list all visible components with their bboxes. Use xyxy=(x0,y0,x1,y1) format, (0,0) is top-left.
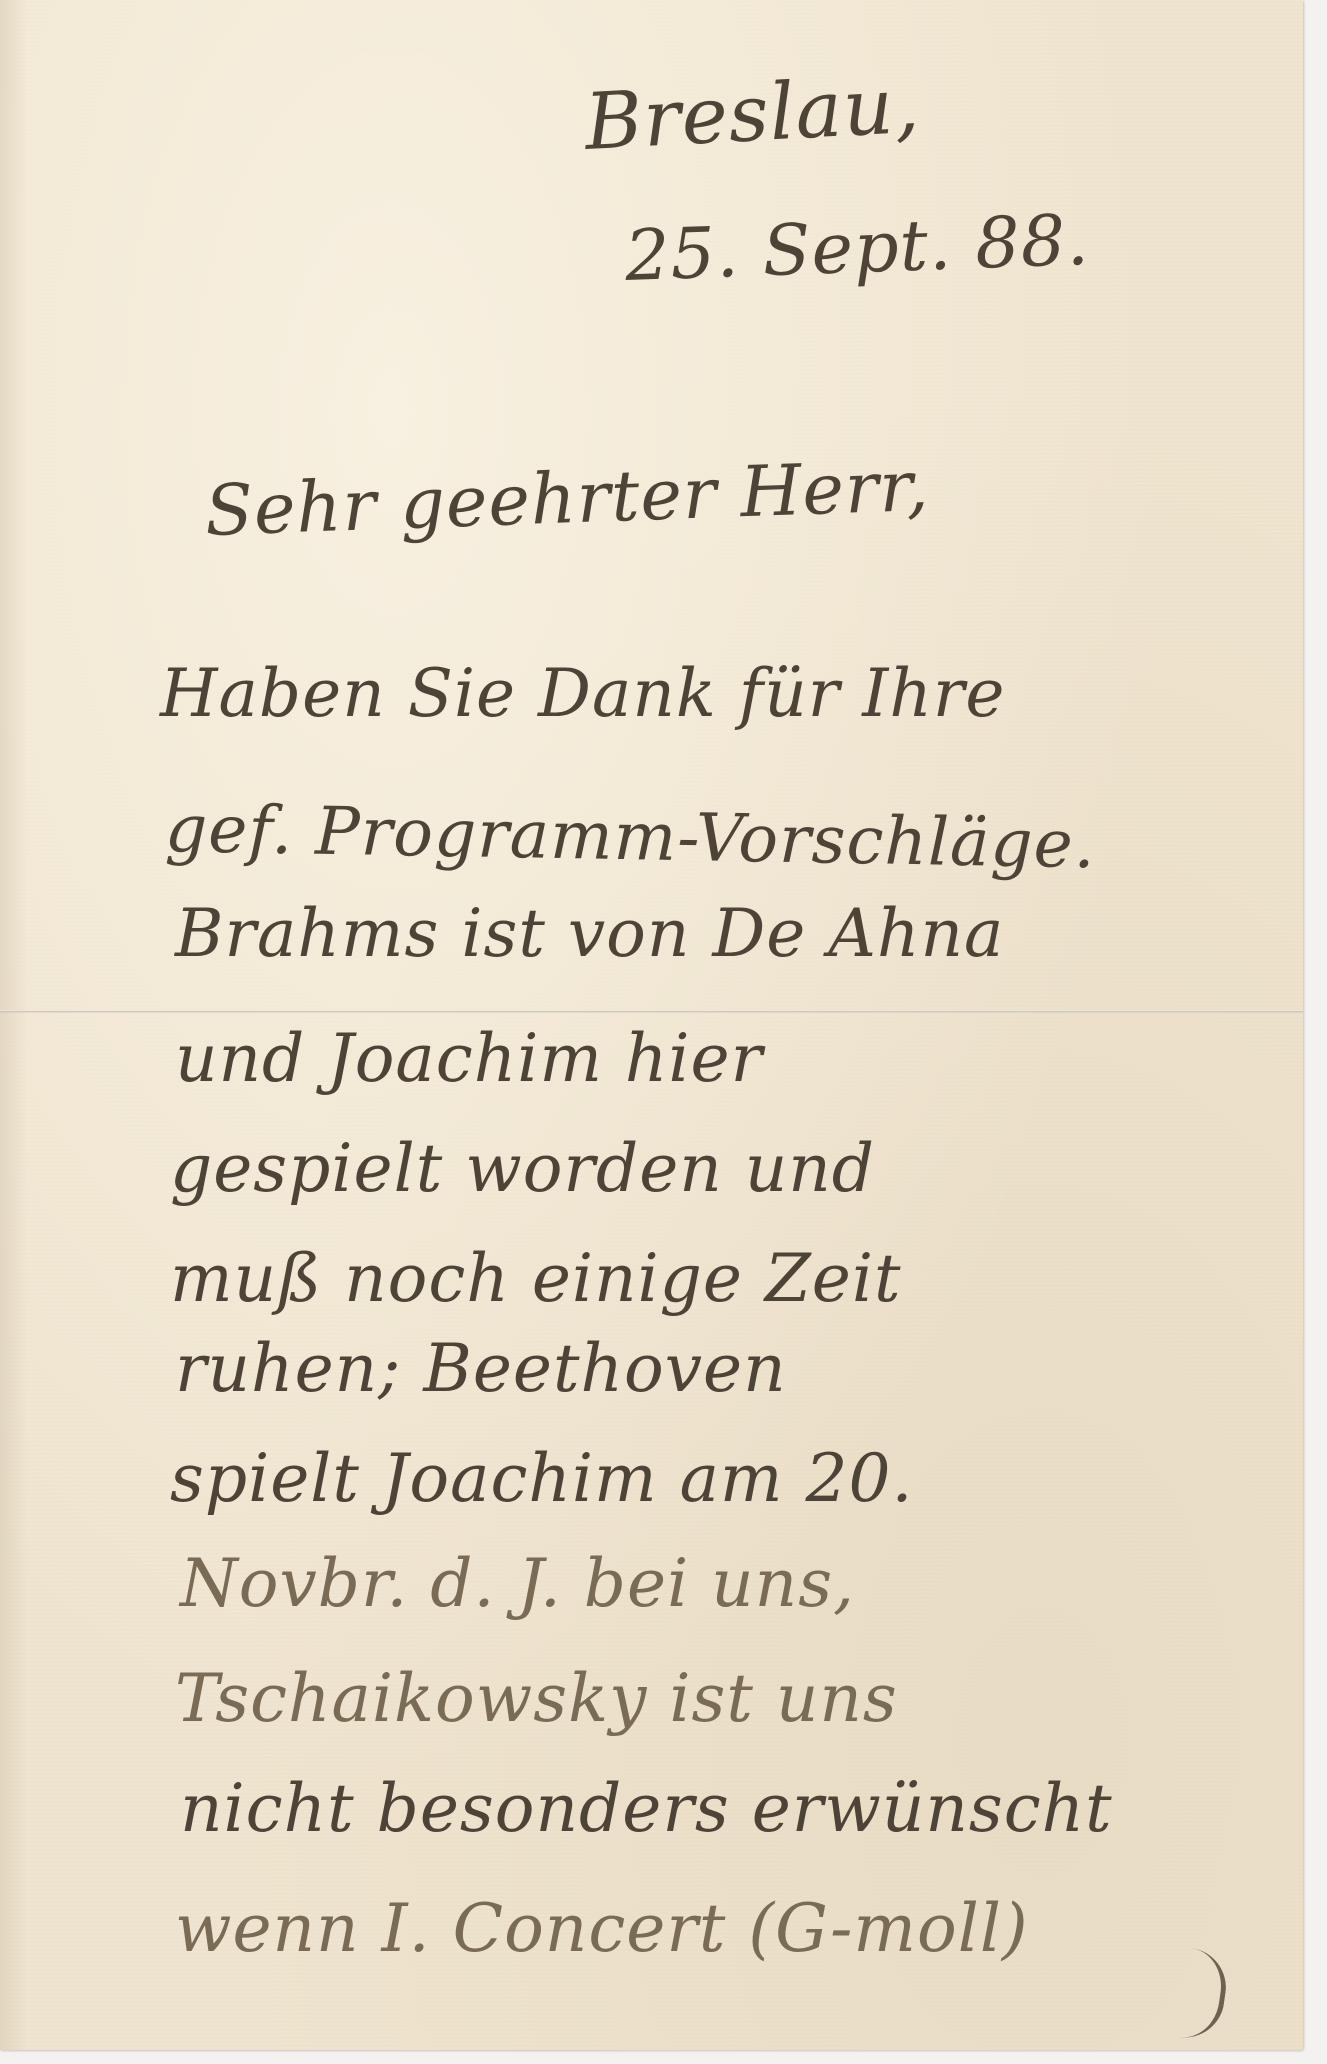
letter-page: Breslau, 25. Sept. 88. Sehr geehrter Her… xyxy=(0,0,1303,2050)
body-line: Novbr. d. J. bei uns, xyxy=(180,1545,855,1622)
body-line: ruhen; Beethoven xyxy=(175,1330,787,1407)
paper-fold-line xyxy=(0,1010,1303,1013)
body-line: spielt Joachim am 20. xyxy=(170,1440,913,1517)
body-line: und Joachim hier xyxy=(175,1020,763,1097)
letter-salutation: Sehr geehrter Herr, xyxy=(204,445,931,552)
body-line: gespielt worden und xyxy=(170,1130,875,1207)
body-line: nicht besonders erwünscht xyxy=(180,1770,1113,1847)
body-line: Tschaikowsky ist uns xyxy=(175,1660,898,1737)
body-line: muß noch einige Zeit xyxy=(170,1240,901,1317)
letter-date: 25. Sept. 88. xyxy=(624,199,1091,297)
letter-place: Breslau, xyxy=(583,61,923,168)
body-line: Haben Sie Dank für Ihre xyxy=(160,655,1005,732)
body-line: wenn I. Concert (G-moll) xyxy=(175,1890,1029,1967)
body-line: gef. Programm-Vorschläge. xyxy=(164,790,1096,883)
paper-edge-shading xyxy=(0,0,28,2050)
ink-flourish xyxy=(1174,1947,1231,2042)
body-line: Brahms ist von De Ahna xyxy=(175,895,1004,972)
